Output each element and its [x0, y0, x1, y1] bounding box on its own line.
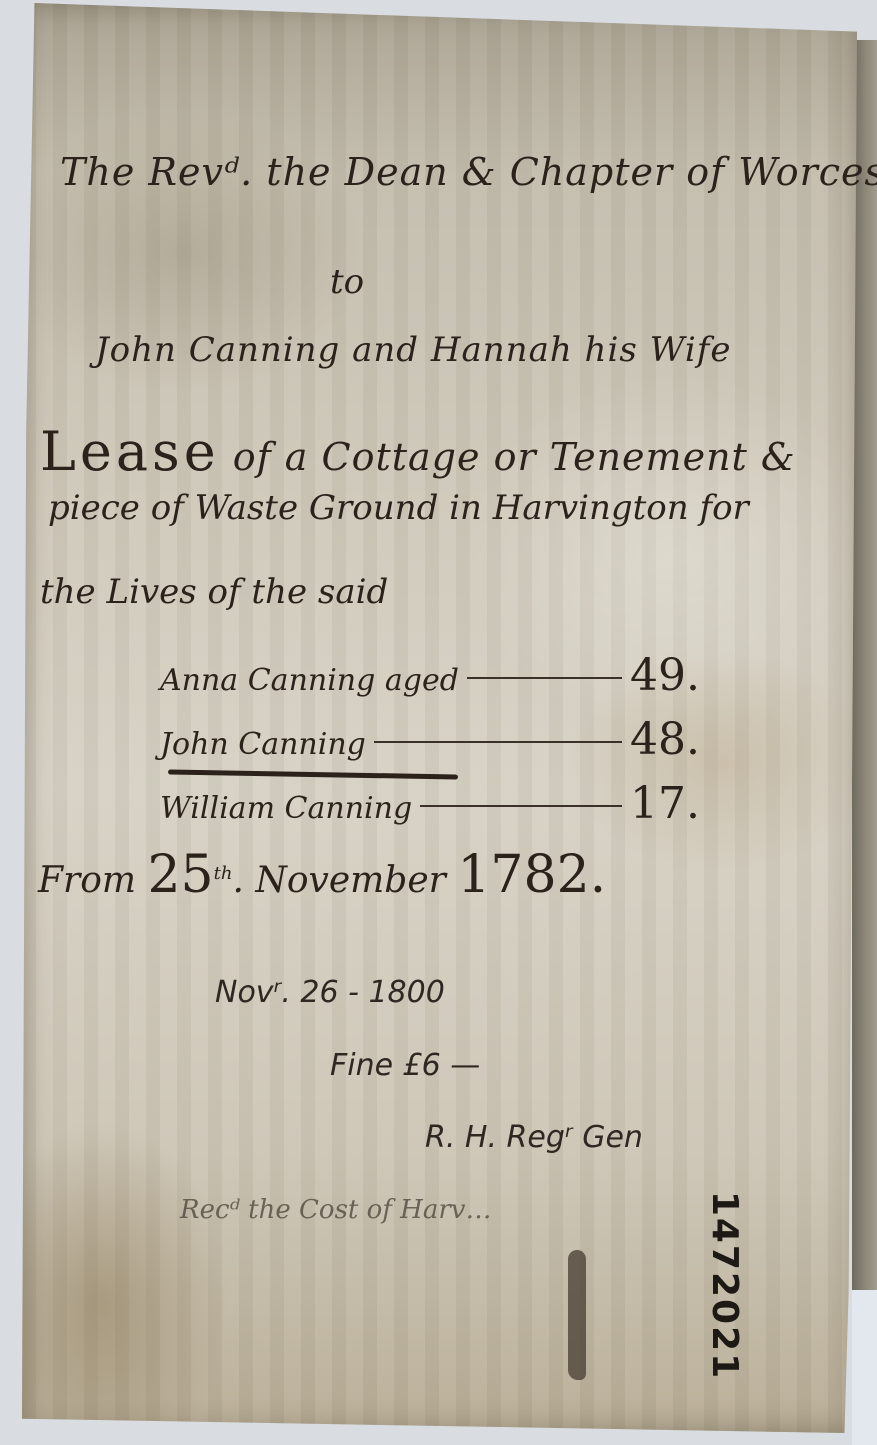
- term-day-suffix: th: [214, 863, 233, 884]
- dash-leader: [420, 805, 622, 807]
- dash-leader: [374, 741, 622, 743]
- term-month: November: [255, 860, 446, 901]
- lives-list: Anna Canning aged 49. John Canning 48. W…: [160, 650, 700, 842]
- life-age: 49.: [630, 650, 700, 701]
- to-line: to: [330, 262, 364, 302]
- life-age: 17.: [630, 778, 700, 829]
- life-entry: William Canning 17.: [160, 778, 700, 842]
- life-name: Anna Canning aged: [160, 663, 459, 698]
- receipt-note: Recᵈ the Cost of Harv…: [180, 1195, 491, 1225]
- archive-number: 1472021: [704, 1191, 745, 1380]
- life-name: John Canning: [160, 727, 366, 762]
- backing-board: [852, 40, 877, 1290]
- term-year: 1782.: [457, 845, 606, 905]
- life-name: William Canning: [160, 791, 412, 826]
- grantees-line: John Canning and Hannah his Wife: [95, 330, 732, 370]
- dash-leader: [467, 677, 622, 679]
- life-age: 48.: [630, 714, 700, 765]
- life-entry: John Canning 48.: [160, 714, 700, 778]
- lease-title-line: Lease of a Cottage or Tenement &: [40, 420, 796, 483]
- term-day: 25: [147, 845, 213, 905]
- life-entry: Anna Canning aged 49.: [160, 650, 700, 714]
- term-from: From: [38, 860, 136, 901]
- fine-note: Fine £6 —: [330, 1048, 480, 1083]
- lease-word: Lease: [40, 420, 220, 483]
- grantor-line: The Revᵈ. the Dean & Chapter of Worceste…: [60, 150, 877, 194]
- renewal-date: Novʳ. 26 - 1800: [215, 975, 445, 1010]
- ink-stain: [568, 1250, 586, 1380]
- lives-intro-line: the Lives of the said: [40, 572, 388, 612]
- backing-card: [852, 1290, 877, 1445]
- registrar-signature: R. H. Regʳ Gen: [425, 1120, 643, 1155]
- lease-title-rest: of a Cottage or Tenement &: [233, 435, 796, 479]
- term-line: From 25th. November 1782.: [38, 845, 606, 905]
- property-line: piece of Waste Ground in Harvington for: [48, 488, 749, 528]
